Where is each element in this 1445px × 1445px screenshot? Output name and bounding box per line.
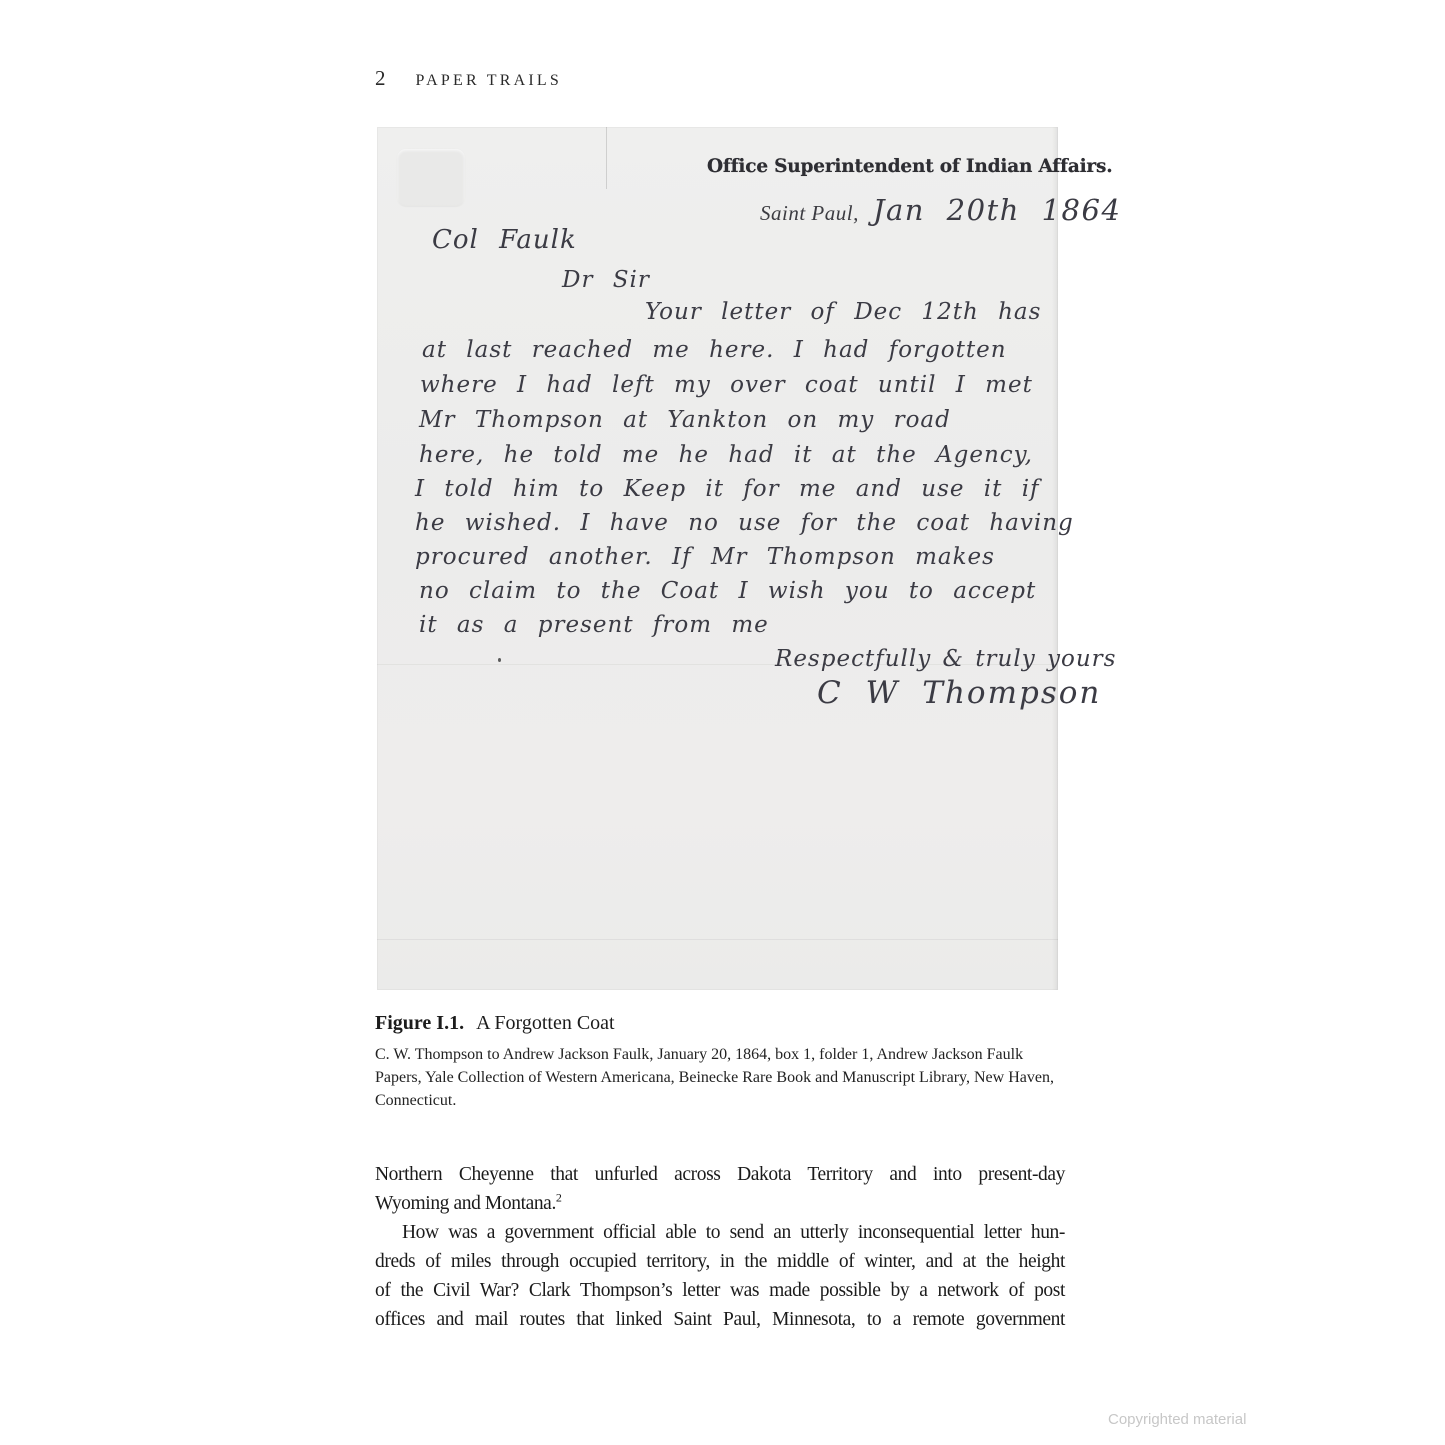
figure-caption: Figure I.1.A Forgotten Coat C. W. Thomps… [375, 1012, 1065, 1112]
copyright-watermark: Copyrighted material [1108, 1411, 1246, 1428]
body-line: How was a government official able to se… [375, 1218, 1065, 1247]
ink-blot [498, 658, 501, 662]
letter-line: I told him to Keep it for me and use it … [415, 476, 1040, 502]
body-line-text: Wyoming and Montana. [375, 1193, 556, 1214]
body-text: Northern Cheyenne that unfurled across D… [375, 1160, 1065, 1334]
footnote-marker: 2 [556, 1191, 562, 1205]
body-line: of the Civil War? Clark Thompson’s lette… [375, 1276, 1065, 1305]
letter-line: Dr Sir [562, 267, 650, 293]
body-line: Northern Cheyenne that unfurled across D… [375, 1160, 1065, 1189]
letter-line: procured another. If Mr Thompson makes [415, 544, 995, 570]
letter-line: here, he told me he had it at the Agency… [419, 442, 1033, 468]
credit-line: Connecticut. [375, 1089, 1065, 1112]
running-head: 2 PAPER TRAILS [375, 66, 562, 91]
credit-line: C. W. Thompson to Andrew Jackson Faulk, … [375, 1043, 1065, 1066]
handwritten-date: Jan 20th 1864 [873, 193, 1122, 227]
letter-line: Mr Thompson at Yankton on my road [419, 407, 951, 433]
fold-line-horizontal-2 [377, 939, 1058, 940]
fold-line-vertical [606, 127, 607, 189]
figure-title: A Forgotten Coat [476, 1012, 615, 1034]
credit-line: Papers, Yale Collection of Western Ameri… [375, 1066, 1065, 1089]
letterhead: Office Superintendent of Indian Affairs. [707, 156, 1047, 177]
dateline: Saint Paul, Jan 20th 1864 [760, 193, 1121, 227]
letter-signature: C W Thompson [817, 675, 1101, 711]
letter-closing: Respectfully & truly yours [775, 646, 1116, 672]
letter-scan-image: Office Superintendent of Indian Affairs.… [377, 127, 1058, 990]
figure-label: Figure I.1. [375, 1012, 464, 1034]
page-number: 2 [375, 66, 386, 91]
body-line: Wyoming and Montana.2 [375, 1189, 1065, 1218]
caption-title: Figure I.1.A Forgotten Coat [375, 1012, 1065, 1035]
letter-line: where I had left my over coat until I me… [420, 372, 1033, 398]
letter-line: it as a present from me [419, 612, 769, 638]
letter-line: he wished. I have no use for the coat ha… [415, 510, 1074, 536]
letter-line: no claim to the Coat I wish you to accep… [419, 578, 1036, 604]
embossed-seal [397, 149, 465, 207]
body-line: offices and mail routes that linked Sain… [375, 1305, 1065, 1334]
letter-line: Col Faulk [432, 225, 577, 255]
printed-place: Saint Paul, [760, 201, 859, 226]
body-line: dreds of miles through occupied territor… [375, 1247, 1065, 1276]
caption-credit: C. W. Thompson to Andrew Jackson Faulk, … [375, 1043, 1065, 1112]
running-head-title: PAPER TRAILS [416, 72, 562, 90]
book-page: 2 PAPER TRAILS Office Superintendent of … [0, 0, 1445, 1445]
letter-line: at last reached me here. I had forgotten [422, 337, 1007, 363]
letter-line: Your letter of Dec 12th has [645, 299, 1041, 325]
